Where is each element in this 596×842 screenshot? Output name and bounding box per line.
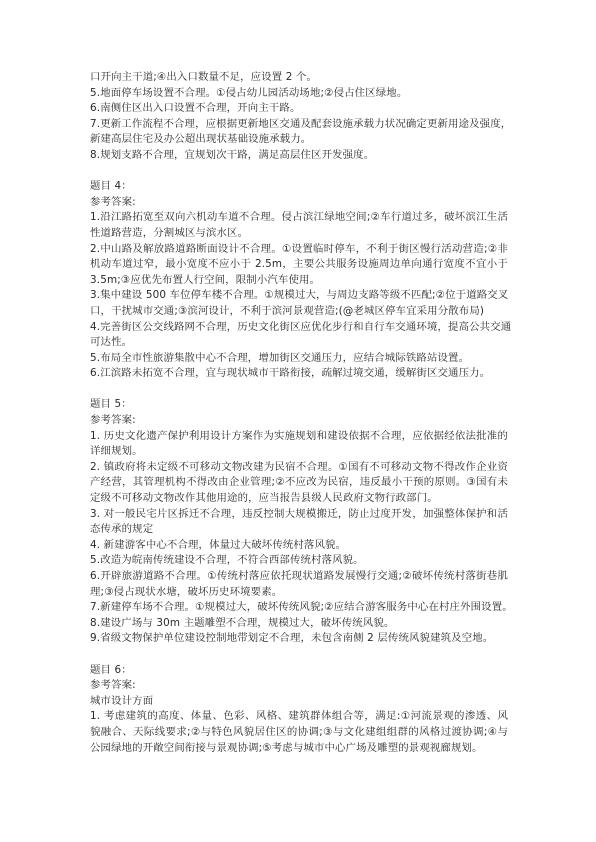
text-line: 貌融合、天际线要求;②与特色风貌居住区的协调;③与文化建组组群的风格过渡协调;④…	[90, 725, 508, 741]
question-5: 题目 5： 参考答案: 1. 历史文化遗产保护利用设计方案作为实施规划和建设依据…	[90, 397, 508, 647]
text-line: 公园绿地的开敞空间衔接与景观协调;⑤考虑与城市中心广场及雕塑的景观视廊规划。	[90, 741, 508, 757]
question-title: 题目 4：	[90, 179, 508, 195]
spacer	[90, 164, 508, 180]
subheading: 城市设计方面	[90, 694, 508, 710]
answer-label: 参考答案:	[90, 678, 508, 694]
section-3-tail: 口开向主干道;④出入口数量不足，应设置 2 个。 5.地面停车场设置不合理。①侵…	[90, 70, 508, 164]
text-line: 3.集中建设 500 车位停车楼不合理。①规模过大，与周边支路等级不匹配;②位于…	[90, 288, 508, 304]
text-line: 3. 对一般民宅片区拆迁不合理，违反控制大规模搬迁，防止过度开发，加强整体保护和…	[90, 507, 508, 523]
text-line: 2.中山路及解放路道路断面设计不合理。①设置临时停车，不利于街区慢行活动营造;②…	[90, 242, 508, 258]
answer-label: 参考答案:	[90, 413, 508, 429]
text-line: 机动车道过窄，最小宽度不应小于 2.5m，主要公共服务设施周边单向通行宽度不宜小…	[90, 257, 508, 273]
text-line: 5.地面停车场设置不合理。①侵占幼儿园活动场地;②侵占住区绿地。	[90, 86, 508, 102]
text-line: 3.5m;③应优先布置人行空间，限制小汽车使用。	[90, 273, 508, 289]
text-line: 6.江滨路未拓宽不合理，宜与现状城市干路衔接，疏解过境交通，缓解街区交通压力。	[90, 366, 508, 382]
question-4: 题目 4： 参考答案: 1.沿江路拓宽至双向六机动车道不合理。侵占滨江绿地空间;…	[90, 179, 508, 382]
spacer	[90, 382, 508, 398]
text-line: 理;③侵占现状水塘，破坏历史环境要素。	[90, 585, 508, 601]
text-line: 1. 历史文化遗产保护利用设计方案作为实施规划和建设依据不合理，应依据经依法批准…	[90, 429, 508, 445]
text-line: 4. 新建游客中心不合理，体量过大破坏传统村落风貌。	[90, 538, 508, 554]
text-line: 5.改造为皖南传统建设不合理，不符合西部传统村落风貌。	[90, 553, 508, 569]
text-line: 7.更新工作流程不合理，应根据更新地区交通及配套设施承载力状况确定更新用途及强度…	[90, 117, 508, 133]
spacer	[90, 647, 508, 663]
text-line: 5.布局全市性旅游集散中心不合理，增加街区交通压力，应结合城际铁路站设置。	[90, 351, 508, 367]
text-line: 6.开辟旅游道路不合理。①传统村落应依托现状道路发展慢行交通;②破坏传统村落街巷…	[90, 569, 508, 585]
answer-label: 参考答案:	[90, 195, 508, 211]
text-line: 详细规划。	[90, 444, 508, 460]
text-line: 口，干扰城市交通;③滨河设计，不利于滨河景观营造;(@老城区停车宜采用分散布局)	[90, 304, 508, 320]
text-line: 1. 考虑建筑的高度、体量、色彩、风格、建筑群体组合等，满足:①河流景观的渗透、…	[90, 709, 508, 725]
text-line: 新建高层住宅及办公超出现状基础设施承载力。	[90, 132, 508, 148]
text-line: 4.完善街区公交线路网不合理，历史文化街区应优化步行和自行车交通环境，提高公共交…	[90, 320, 508, 336]
document-page: 口开向主干道;④出入口数量不足，应设置 2 个。 5.地面停车场设置不合理。①侵…	[90, 70, 508, 756]
text-line: 2. 镇政府将未定级不可移动文物改建为民宿不合理。①国有不可移动文物不得改作企业…	[90, 460, 508, 476]
text-line: 1.沿江路拓宽至双向六机动车道不合理。侵占滨江绿地空间;②车行道过多，破坏滨江生…	[90, 210, 508, 226]
text-line: 6.南侧住区出入口设置不合理，开向主干路。	[90, 101, 508, 117]
text-line: 性道路营造，分割城区与滨水区。	[90, 226, 508, 242]
text-line: 口开向主干道;④出入口数量不足，应设置 2 个。	[90, 70, 508, 86]
question-title: 题目 6：	[90, 663, 508, 679]
text-line: 态传承的规定	[90, 522, 508, 538]
text-line: 7.新建停车场不合理。①规模过大，破坏传统风貌;②应结合游客服务中心在村庄外围设…	[90, 600, 508, 616]
text-line: 8.建设广场与 30m 主题雕塑不合理，规模过大，破坏传统风貌。	[90, 616, 508, 632]
question-title: 题目 5：	[90, 397, 508, 413]
question-6: 题目 6： 参考答案: 城市设计方面 1. 考虑建筑的高度、体量、色彩、风格、建…	[90, 663, 508, 757]
text-line: 可达性。	[90, 335, 508, 351]
text-line: 定级不可移动文物改作其他用途的，应当报告县级人民政府文物行政部门。	[90, 491, 508, 507]
text-line: 产经营，其管理机构不得改由企业管理;②不应改为民宿，违反最小干预的原则。③国有未	[90, 475, 508, 491]
text-line: 8.规划支路不合理，宜规划次干路，满足高层住区开发强度。	[90, 148, 508, 164]
text-line: 9.省级文物保护单位建设控制地带划定不合理，未包含南侧 2 层传统风貌建筑及空地…	[90, 631, 508, 647]
